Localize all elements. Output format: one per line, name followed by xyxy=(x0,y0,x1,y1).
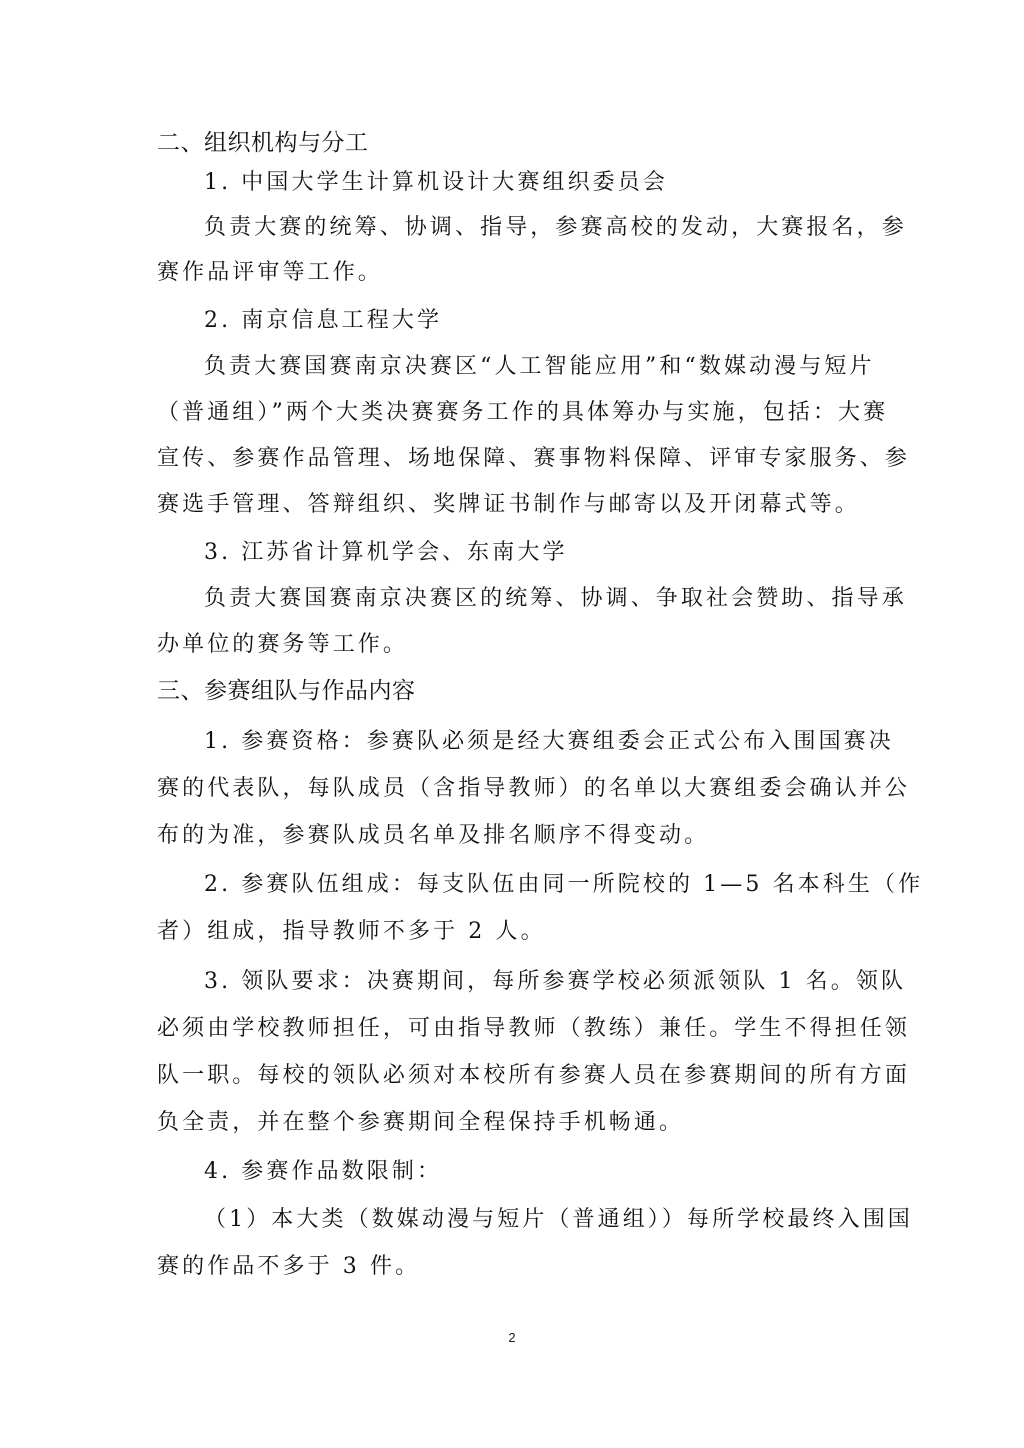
paragraph-line: 3. 领队要求：决赛期间，每所参赛学校必须派领队 1 名。领队 xyxy=(204,967,871,997)
item-title-committee: 1. 中国大学生计算机设计大赛组织委员会 xyxy=(204,168,871,198)
item-title-nuist: 2. 南京信息工程大学 xyxy=(204,306,871,336)
paragraph-line: 者）组成，指导教师不多于 2 人。 xyxy=(157,917,871,947)
paragraph-line: 赛的代表队，每队成员（含指导教师）的名单以大赛组委会确认并公 xyxy=(157,774,871,804)
paragraph-line: 4. 参赛作品数限制： xyxy=(204,1157,871,1187)
paragraph-line: 队一职。每校的领队必须对本校所有参赛人员在参赛期间的所有方面 xyxy=(157,1061,871,1091)
section-heading-organization: 二、组织机构与分工 xyxy=(157,128,871,158)
paragraph-line: 1. 参赛资格：参赛队必须是经大赛组委会正式公布入围国赛决 xyxy=(204,727,871,757)
paragraph-line: 负责大赛的统筹、协调、指导，参赛高校的发动，大赛报名，参 xyxy=(204,213,871,243)
paragraph-line: 赛的作品不多于 3 件。 xyxy=(157,1252,871,1282)
paragraph-line: 办单位的赛务等工作。 xyxy=(157,630,871,660)
paragraph-line: 赛作品评审等工作。 xyxy=(157,258,871,288)
paragraph-line: （1）本大类（数媒动漫与短片（普通组））每所学校最终入围国 xyxy=(204,1205,871,1235)
section-heading-teams: 三、参赛组队与作品内容 xyxy=(157,676,871,706)
paragraph-line: 必须由学校教师担任，可由指导教师（教练）兼任。学生不得担任领 xyxy=(157,1014,871,1044)
paragraph-line: 赛选手管理、答辩组织、奖牌证书制作与邮寄以及开闭幕式等。 xyxy=(157,490,871,520)
document-page: 二、组织机构与分工 1. 中国大学生计算机设计大赛组织委员会 负责大赛的统筹、协… xyxy=(0,0,1024,1448)
paragraph-line: （普通组）”两个大类决赛赛务工作的具体筹办与实施，包括：大赛 xyxy=(157,398,871,428)
paragraph-line: 负全责，并在整个参赛期间全程保持手机畅通。 xyxy=(157,1108,871,1138)
paragraph-line: 2. 参赛队伍组成：每支队伍由同一所院校的 1—5 名本科生（作 xyxy=(204,870,871,900)
item-title-jiangsu: 3. 江苏省计算机学会、东南大学 xyxy=(204,538,871,568)
paragraph-line: 负责大赛国赛南京决赛区的统筹、协调、争取社会赞助、指导承 xyxy=(204,584,871,614)
paragraph-line: 宣传、参赛作品管理、场地保障、赛事物料保障、评审专家服务、参 xyxy=(157,444,871,474)
paragraph-line: 布的为准，参赛队成员名单及排名顺序不得变动。 xyxy=(157,821,871,851)
page-number: 2 xyxy=(0,1330,1024,1345)
paragraph-line: 负责大赛国赛南京决赛区“人工智能应用”和“数媒动漫与短片 xyxy=(204,352,871,382)
